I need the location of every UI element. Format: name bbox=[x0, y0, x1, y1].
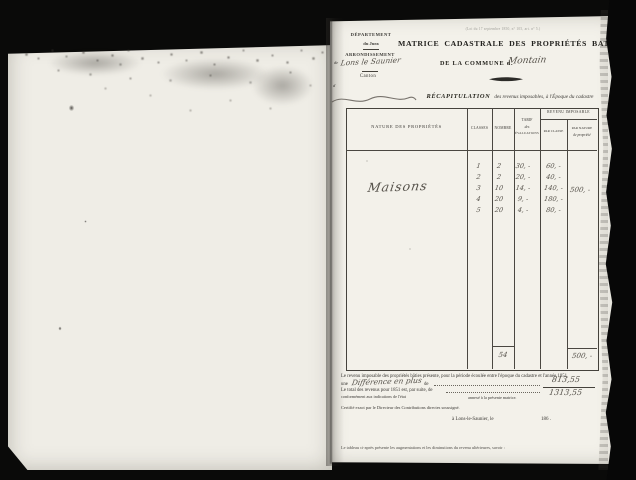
table-grid-line bbox=[346, 150, 597, 151]
cell-tarif: 9, - bbox=[509, 195, 536, 203]
department-label: DÉPARTEMENT bbox=[344, 32, 398, 37]
book-scan: (Loi du 17 septembre 1850, n° 105, art. … bbox=[0, 0, 636, 480]
dotted-leader bbox=[446, 392, 540, 393]
cell-tarif: 14, - bbox=[509, 184, 536, 192]
cell-nombre: 2 bbox=[487, 173, 510, 181]
column-header-tarif-evaluations: ÉVALUATIONS bbox=[514, 132, 540, 136]
ink-blot bbox=[58, 326, 62, 331]
certified-line: Certifié exact par le Directeur des Cont… bbox=[341, 405, 460, 410]
recapitulation-text: des revenus imposables, à l'Époque du ca… bbox=[494, 94, 593, 100]
column-header-classes: CLASSES bbox=[467, 126, 492, 130]
table-grid-line bbox=[540, 108, 541, 369]
signature-flourish bbox=[330, 90, 418, 110]
column-header-par-nature-2: de propriété bbox=[567, 133, 597, 137]
ink-blot bbox=[68, 104, 75, 112]
canton-prefix: d bbox=[333, 83, 335, 88]
column-header-par-classe: PAR CLASSE bbox=[540, 130, 567, 134]
ink-speckles bbox=[0, 0, 1, 1]
matrix-title: MATRICE CADASTRALE DES PROPRIÉTÉS BATIES bbox=[398, 40, 604, 49]
cell-nombre: 2 bbox=[487, 162, 510, 170]
par-nature-value: 500, - bbox=[569, 186, 590, 194]
table-grid-line bbox=[492, 346, 514, 347]
cell-nombre: 10 bbox=[487, 184, 510, 192]
cell-revenu: 40, - bbox=[539, 173, 567, 181]
table-grid-line bbox=[567, 348, 597, 349]
column-header-tarif: TARIF bbox=[514, 118, 540, 122]
canton-label: Canton bbox=[348, 74, 388, 80]
cell-nombre: 20 bbox=[487, 206, 510, 214]
column-header-revenu-group: REVENU IMPOSABLE bbox=[540, 110, 597, 114]
table-grid-line bbox=[540, 119, 597, 120]
une-label: une bbox=[341, 382, 348, 388]
cell-revenu: 140, - bbox=[539, 184, 567, 192]
recap-table bbox=[346, 108, 599, 371]
department-value: du Jura bbox=[344, 41, 398, 46]
arrondissement-prefix: de bbox=[334, 60, 338, 65]
table-grid-line bbox=[467, 108, 468, 369]
conform-right-text: annexé à la présente matrice. bbox=[468, 396, 516, 401]
cell-tarif: 4, - bbox=[509, 206, 536, 214]
column-header-nature: NATURE DES PROPRIÉTÉS bbox=[346, 124, 467, 129]
cell-tarif: 20, - bbox=[509, 173, 536, 181]
divider-rule bbox=[362, 71, 378, 72]
ink-smudge bbox=[240, 58, 325, 113]
swelled-rule-ornament bbox=[489, 76, 523, 83]
bottom-note: Le tableau ci-après présente les augment… bbox=[341, 446, 505, 451]
commune-label: DE LA COMMUNE d. bbox=[440, 60, 513, 67]
gutter-crease bbox=[330, 20, 332, 464]
total-nombre: 54 bbox=[491, 351, 514, 359]
recapitulation-heading: RÉCAPITULATION des revenus imposables, à… bbox=[420, 85, 600, 103]
cell-nombre: 20 bbox=[487, 195, 510, 203]
ink-blot bbox=[84, 220, 87, 223]
cell-revenu: 180, - bbox=[539, 195, 567, 203]
divider-rule bbox=[363, 49, 379, 50]
table-grid-line bbox=[492, 108, 493, 369]
table-grid-line bbox=[514, 108, 515, 369]
total-value: 1313,55 bbox=[548, 388, 583, 397]
total-revenus-line: Le total des revenus pour 1851 est, par … bbox=[341, 388, 433, 394]
cell-revenu: 80, - bbox=[539, 206, 567, 214]
place-date-line: à Lons-le-Saunier, le bbox=[452, 417, 494, 423]
cell-revenu: 60, - bbox=[539, 162, 567, 170]
commune-handwritten: Montain bbox=[507, 55, 547, 66]
nature-entry-handwritten: Maisons bbox=[367, 178, 429, 195]
recapitulation-label: RÉCAPITULATION bbox=[427, 93, 491, 100]
year-placeholder: 186 . bbox=[541, 417, 551, 423]
column-header-nombre: NOMBRE bbox=[492, 126, 514, 130]
conform-left-text: conformément aux indications de l'état bbox=[341, 395, 406, 400]
table-grid-line bbox=[567, 119, 568, 369]
dotted-leader bbox=[434, 385, 540, 386]
law-reference-note: (Loi du 17 septembre 1850, n° 105, art. … bbox=[448, 27, 558, 31]
cell-tarif: 30, - bbox=[509, 162, 536, 170]
total-par-nature: 500, - bbox=[571, 352, 592, 360]
column-header-par-nature: PAR NATURE bbox=[567, 127, 597, 131]
column-header-tarif-des: des bbox=[514, 125, 540, 129]
de-label: de bbox=[424, 382, 429, 388]
difference-value: 813,55 bbox=[551, 375, 580, 384]
